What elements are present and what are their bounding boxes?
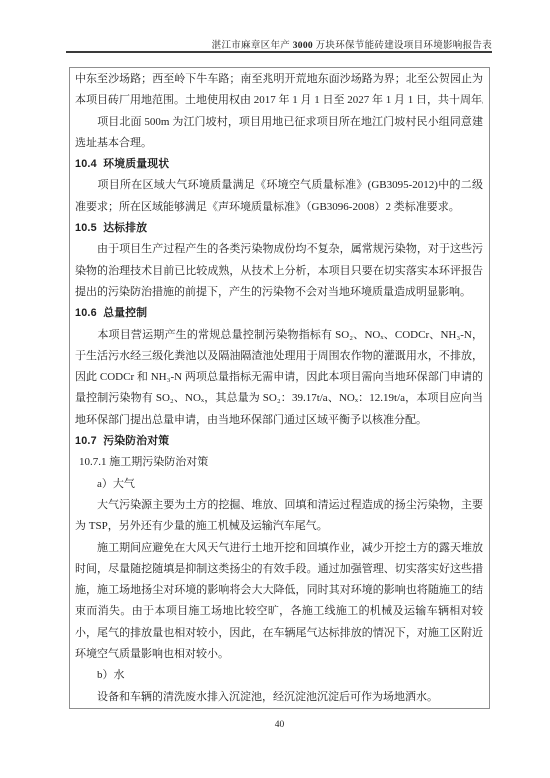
running-header-suffix: 万块环保节能砖建设项目环境影响报告表	[313, 41, 492, 51]
text-line: 中东至沙场路；西至岭下牛车路；南至兆明开荒地东面沙场路为界；北至公贺园止为	[75, 69, 483, 90]
section-heading: 10.7 污染防治对策	[75, 431, 483, 452]
text-line: 时间，尽量随挖随填是抑制这类扬尘的有效手段。通过加强管理、切实落实好这些措	[75, 559, 483, 580]
section-heading: 10.4 环境质量现状	[75, 154, 483, 175]
text-line: 由于项目生产过程产生的各类污染物成份均不复杂，属常规污染物，对于这些污	[75, 239, 483, 260]
text-line: 小，尾气的排放量也相对较小，因此，在车辆尾气达标排放的情况下，对施工区附近	[75, 623, 483, 644]
text-line: 于生活污水经三级化粪池以及隔油隔渣池处理用于周围农作物的灌溉用水，不排放，	[75, 346, 483, 367]
section-heading: 10.6 总量控制	[75, 303, 483, 324]
text-line: 为 TSP，另外还有少量的施工机械及运输汽车尾气。	[75, 516, 483, 537]
text-line: 选址基本合理。	[75, 133, 483, 154]
text-line: 10.7.1 施工期污染防治对策	[75, 452, 483, 473]
text-line: 大气污染源主要为土方的挖掘、堆放、回填和清运过程造成的扬尘污染物，主要	[75, 495, 483, 516]
running-header: 湛江市麻章区年产 3000 万块环保节能砖建设项目环境影响报告表	[66, 37, 492, 51]
text-line: 项目所在区域大气环境质量满足《环境空气质量标准》(GB3095-2012)中的二…	[75, 175, 483, 196]
page-number: 40	[69, 720, 490, 730]
text-line: 设备和车辆的清洗废水排入沉淀池，经沉淀池沉淀后可作为场地洒水。	[75, 687, 483, 708]
text-line: 本项目砖厂用地范围。土地使用权由 2017 年 1 月 1 日至 2027 年 …	[75, 90, 483, 111]
document-content-box: 中东至沙场路；西至岭下牛车路；南至兆明开荒地东面沙场路为界；北至公贺园止为本项目…	[69, 67, 490, 709]
header-rule	[66, 51, 492, 53]
text-line: 准要求；所在区域能够满足《声环境质量标准》（GB3096-2008）2 类标准要…	[75, 197, 483, 218]
text-line: 施工期间应避免在大风天气进行土地开挖和回填作业，减少开挖土方的露天堆放	[75, 538, 483, 559]
running-header-prefix: 湛江市麻章区年产	[212, 41, 293, 51]
text-line: a）大气	[75, 474, 483, 495]
text-line: 因此 CODCr 和 NH₃-N 两项总量指标无需申请，因此本项目需向当地环保部…	[75, 367, 483, 388]
text-line: 施，施工场地扬尘对环境的影响将会大大降低，同时其对环境的影响也将随施工的结	[75, 580, 483, 601]
report-page: 湛江市麻章区年产 3000 万块环保节能砖建设项目环境影响报告表 中东至沙场路；…	[0, 0, 550, 778]
text-line: 染物的治理技术目前已比较成熟，从技术上分析，本项目只要在切实落实本环评报告	[75, 261, 483, 282]
text-line: 量控制污染物有 SO₂、NOₓ，其总量为 SO₂：39.17t/a、NOₓ：12…	[75, 388, 483, 409]
text-line: 地环保部门提出总量申请，由当地环保部门通过区域平衡予以核准分配。	[75, 410, 483, 431]
text-line: b）水	[75, 665, 483, 686]
running-header-number: 3000	[293, 41, 313, 51]
text-line: 束而消失。由于本项目施工场地比较空旷，各施工线施工的机械及运输车辆相对较	[75, 601, 483, 622]
section-heading: 10.5 达标排放	[75, 218, 483, 239]
text-line: 提出的污染防治措施的前提下，产生的污染物不会对当地环境质量造成明显影响。	[75, 282, 483, 303]
text-line: 本项目营运期产生的常规总量控制污染物指标有 SO₂、NOₓ、CODCr、NH₃-…	[75, 325, 483, 346]
text-line: 项目北面 500m 为江门坡村，项目用地已征求项目所在地江门坡村民小组同意建设，	[75, 112, 483, 133]
text-line: 环境空气质量影响也相对较小。	[75, 644, 483, 665]
